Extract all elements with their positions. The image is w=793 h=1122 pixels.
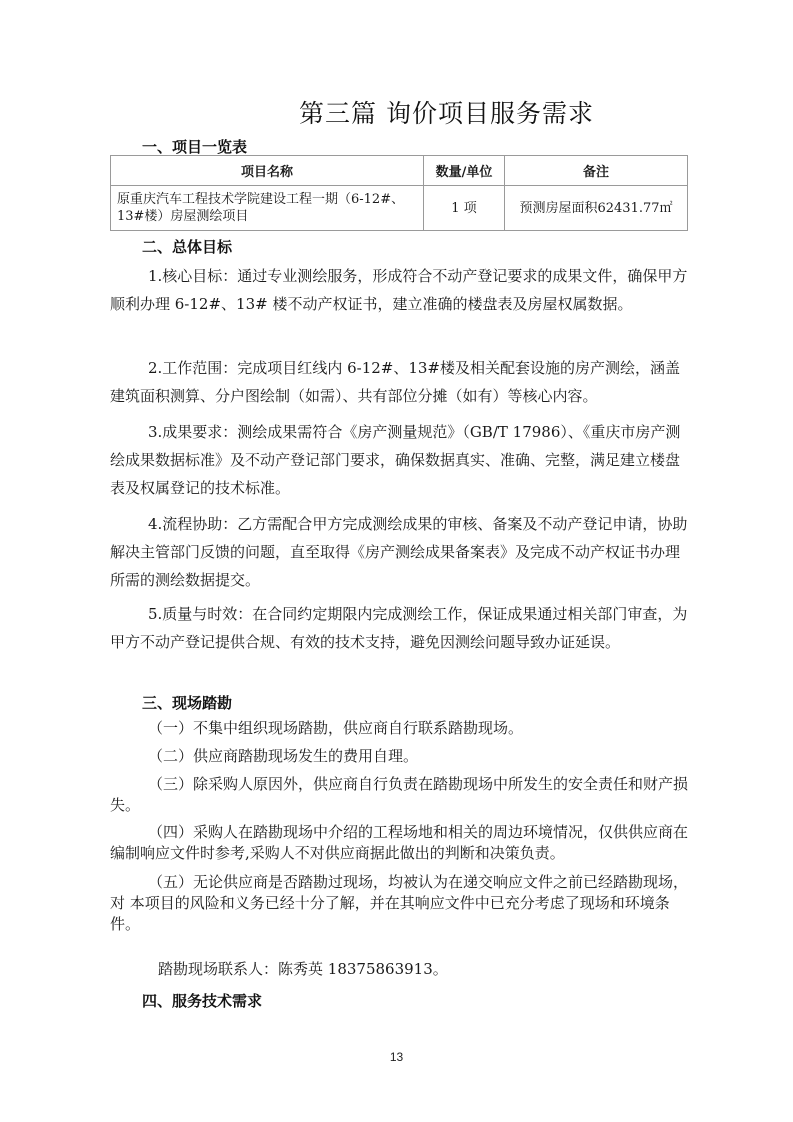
section-heading-technical-requirements: 四、服务技术需求 [142,990,262,1011]
section-heading-overall-goals: 二、总体目标 [142,236,232,257]
page-title: 第三篇 询价项目服务需求 [0,94,793,130]
cell-remarks: 预测房屋面积62431.77㎡ [505,186,688,231]
goal-item-3: 3.成果要求：测绘成果需符合《房产测量规范》（GB/T 17986）、《重庆市房… [110,418,688,502]
section-heading-site-survey: 三、现场踏勘 [142,692,232,713]
goal-item-5: 5.质量与时效：在合同约定期限内完成测绘工作，保证成果通过相关部门审查，为甲方不… [110,600,688,656]
survey-item-1: （一）不集中组织现场踏勘，供应商自行联系踏勘现场。 [110,718,690,739]
survey-item-3: （三）除采购人原因外，供应商自行负责在踏勘现场中所发生的安全责任和财产损失。 [110,774,690,816]
cell-quantity-unit: 1 项 [424,186,505,231]
survey-item-5: （五）无论供应商是否踏勘过现场，均被认为在递交响应文件之前已经踏勘现场，对 本项… [110,872,690,935]
column-header-project-name: 项目名称 [111,156,424,186]
page-number: 13 [0,1050,793,1064]
project-table: 项目名称 数量/单位 备注 原重庆汽车工程技术学院建设工程一期（6-12#、13… [110,155,688,231]
goal-item-4: 4.流程协助：乙方需配合甲方完成测绘成果的审核、备案及不动产登记申请，协助解决主… [110,510,688,594]
column-header-remarks: 备注 [505,156,688,186]
table-row: 原重庆汽车工程技术学院建设工程一期（6-12#、13#楼）房屋测绘项目 1 项 … [111,186,688,231]
survey-item-4: （四）采购人在踏勘现场中介绍的工程场地和相关的周边环境情况，仅供供应商在编制响应… [110,822,690,864]
document-page: 第三篇 询价项目服务需求 一、项目一览表 项目名称 数量/单位 备注 原重庆汽车… [0,0,793,1122]
survey-contact: 踏勘现场联系人：陈秀英 18375863913。 [158,958,448,979]
survey-item-2: （二）供应商踏勘现场发生的费用自理。 [110,746,690,767]
cell-project-name: 原重庆汽车工程技术学院建设工程一期（6-12#、13#楼）房屋测绘项目 [111,186,424,231]
table-header-row: 项目名称 数量/单位 备注 [111,156,688,186]
section-heading-project-list: 一、项目一览表 [142,136,247,157]
goal-item-2: 2.工作范围：完成项目红线内 6-12#、13#楼及相关配套设施的房产测绘，涵盖… [110,354,688,410]
column-header-quantity-unit: 数量/单位 [424,156,505,186]
goal-item-1: 1.核心目标：通过专业测绘服务，形成符合不动产登记要求的成果文件，确保甲方顺利办… [110,262,688,318]
